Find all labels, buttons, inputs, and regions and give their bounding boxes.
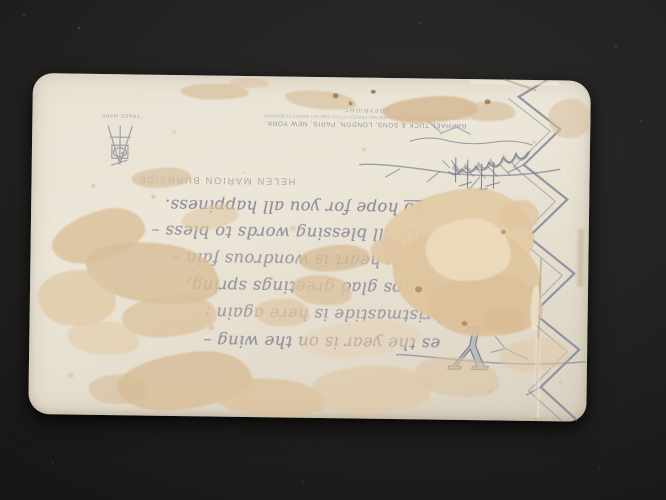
adhesive-stain (499, 200, 539, 231)
adhesive-stain (229, 78, 269, 89)
edge-discoloration (577, 229, 584, 287)
dark-speck (501, 230, 506, 235)
stain-speckles (33, 73, 37, 77)
adhesive-stain (254, 298, 309, 327)
adhesive-stain (548, 98, 591, 139)
trademark-block: TRADE MARK (96, 112, 145, 169)
adhesive-stain (481, 307, 527, 334)
dark-speck (371, 90, 376, 94)
adhesive-stain (370, 238, 406, 265)
dark-speck (485, 99, 491, 104)
greeting-card: Y es the year is on the wing – Christmas… (28, 73, 591, 422)
dark-speck (415, 286, 422, 292)
dark-speck (462, 321, 468, 326)
trademark-label: TRADE MARK (96, 112, 144, 119)
dust-specks (0, 0, 2, 2)
dark-speck (333, 93, 339, 98)
dark-speck (349, 101, 353, 105)
adhesive-stain (37, 269, 116, 326)
adhesive-stain (425, 219, 511, 282)
easel-palette-emblem-icon (100, 124, 141, 169)
photo-backdrop: Y es the year is on the wing – Christmas… (0, 0, 666, 500)
adhesive-stain (88, 374, 148, 405)
